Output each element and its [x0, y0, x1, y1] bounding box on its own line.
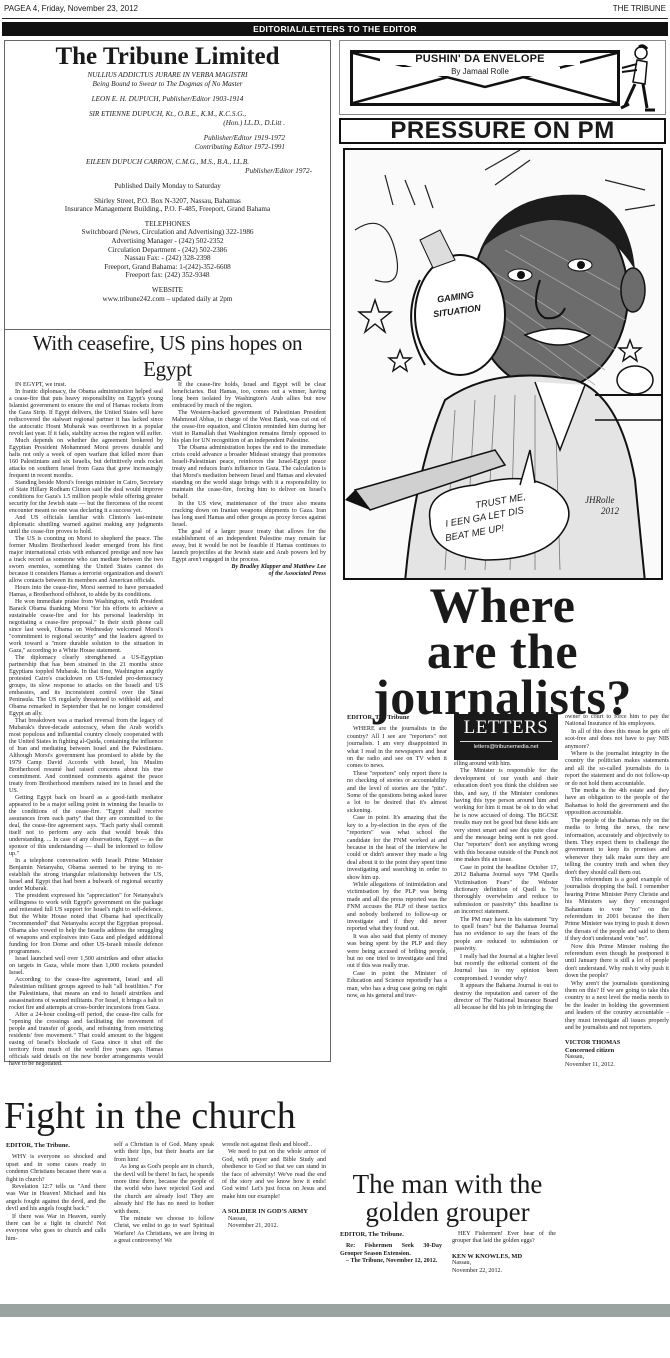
byline-authors: By Bradley Klapper and Matthew Lee	[172, 564, 326, 571]
paragraph: Case in point. It's amazing that the key…	[347, 815, 447, 882]
masthead-phone: Switchboard (News, Circulation and Adver…	[5, 228, 330, 237]
paragraph: Getting Egypt back on board as a good-fa…	[9, 795, 163, 858]
top-rule	[2, 18, 668, 19]
letter-column: EDITOR, The Tribune. WHY is everyone so …	[6, 1142, 106, 1243]
byline-agency: of the Associated Press	[172, 571, 326, 578]
headline-line: Where	[339, 582, 666, 628]
paragraph: The Obama administration hopes the end t…	[172, 445, 326, 501]
signer-name: KEN W KNOWLES, MD	[452, 1253, 556, 1260]
paragraph: The people of the Bahamas rely on the me…	[565, 818, 669, 877]
signer-place: Nassau,	[452, 1260, 556, 1267]
paragraph: Revelation 12:7 tells us "And there was …	[6, 1184, 106, 1214]
masthead-eileen-line2: Publisher/Editor 1972-	[5, 167, 330, 176]
paragraph: I really had the Journal at a higher lev…	[454, 954, 558, 984]
paragraph: Standing beside Morsi's foreign minister…	[9, 480, 163, 515]
letter-salutation: EDITOR, The Tribune.	[6, 1142, 106, 1149]
letter-column: self a Christian is of God. Many speak w…	[114, 1142, 214, 1246]
masthead-eileen-line1: EILEEN DUPUCH CARRON, C.M.G., M.S., B.A.…	[5, 158, 330, 167]
ceasefire-editorial: With ceasefire, US pins hopes on Egypt I…	[4, 330, 331, 1062]
paragraph: IN EGYPT, we trust.	[9, 382, 163, 389]
masthead-sir-role2: Contributing Editor 1972-1991	[5, 143, 330, 152]
signer-date: November 11, 2012.	[565, 1062, 669, 1069]
headline-line: The man with the	[340, 1170, 555, 1198]
paragraph: Case in point the headline October 17, 2…	[454, 865, 558, 917]
paragraph: If there was War in Heaven, surely there…	[6, 1214, 106, 1244]
paragraph: This referendum is a good example of jou…	[565, 877, 669, 944]
ceasefire-headline: With ceasefire, US pins hopes on Egypt	[9, 330, 326, 382]
paragraph: owner to court to force him to pay the N…	[565, 714, 669, 729]
page-folio: PAGEA 4, Friday, November 23, 2012 THE T…	[4, 4, 666, 16]
masthead-phone: Circulation Department - (242) 502-2386	[5, 246, 330, 255]
masthead-telephones-heading: TELEPHONES	[5, 220, 330, 229]
cartoon-illustration: GAMING SITUATION TRUST ME, I EEN GA LET …	[343, 148, 663, 580]
signer-name: A SOLDIER IN GOD'S ARMY	[222, 1208, 326, 1215]
letter-salutation: EDITOR, The Tribune.	[340, 1231, 442, 1238]
section-bar: EDITORIAL/LETTERS TO THE EDITOR	[2, 22, 668, 36]
headline-line: golden grouper	[340, 1198, 555, 1226]
paragraph: The goal of a larger peace treaty that a…	[172, 529, 326, 564]
masthead-motto-translation: Being Bound to Swear to The Dogmas of No…	[5, 80, 330, 89]
masthead-phone: Advertising Manager - (242) 502-2352	[5, 237, 330, 246]
masthead-website-heading: WEBSITE	[5, 286, 330, 295]
paragraph: The Minister is responsible for the deve…	[454, 768, 558, 864]
paragraph: It was also said that plenty of money wa…	[347, 934, 447, 971]
paragraph: We need to put on the whole armor of God…	[222, 1149, 326, 1201]
paragraph: In a telephone conversation with Israeli…	[9, 858, 163, 893]
journalists-headline: Where are the journalists?	[339, 582, 666, 720]
headline-line: are the	[339, 628, 666, 674]
signer-title: Concerned citizen	[565, 1047, 669, 1054]
paragraph: These "reporters" only report there is n…	[347, 771, 447, 815]
ceasefire-body: IN EGYPT, we trust. In frantic diplomacy…	[9, 382, 326, 1072]
paragraph: After a 24-hour cooling-off period, the …	[9, 1012, 163, 1068]
paragraph: The diplomacy clearly strengthened a US-…	[9, 655, 163, 718]
paragraph: He won immediate praise from Washington,…	[9, 599, 163, 655]
masthead-sir-line2: (Hon.) LL.D., D.Litt .	[5, 119, 330, 128]
masthead-phone: Freeport, Grand Bahama: 1-(242)-352-6608	[5, 263, 330, 272]
paragraph: WHY is everyone so shocked and upset and…	[6, 1154, 106, 1184]
masthead-sir-role1: Publisher/Editor 1919-1972	[5, 134, 330, 143]
letter-column: HEY Fishermen! Ever hear of the grouper …	[452, 1231, 556, 1275]
paragraph: The US is counting on Morsi to shepherd …	[9, 536, 163, 585]
paragraph: The president expressed his "appreciatio…	[9, 893, 163, 956]
cartoon-series-banner: PUSHIN' DA ENVELOPE By Jamaal Rolle	[339, 40, 666, 115]
bottom-color-bar	[0, 1304, 670, 1317]
grouper-headline: The man with the golden grouper	[340, 1170, 555, 1226]
letter-column: wrestle not against flesh and blood!.. W…	[222, 1142, 326, 1230]
signer-place: Nassau,	[222, 1216, 326, 1223]
paragraph: If the cease-fire holds, Israel and Egyp…	[172, 382, 326, 410]
masthead-phone: Nassau Fax: - (242) 328-2398	[5, 254, 330, 263]
masthead-founder: LEON E. H. DUPUCH, Publisher/Editor 1903…	[5, 95, 330, 104]
cartoon-year: 2012	[601, 506, 619, 516]
paragraph: It appears the Bahama Journal is out to …	[454, 983, 558, 1013]
letter-salutation: EDITOR, The Tribune	[347, 714, 447, 721]
letters-badge-divider	[460, 741, 552, 742]
letter-column: EDITOR, The Tribune WHERE are the journa…	[347, 714, 447, 1000]
paragraph: As long as God's people are in church, t…	[114, 1164, 214, 1216]
paragraph: In all of this does this mean he gets of…	[565, 729, 669, 751]
paragraph: In frantic diplomacy, the Obama administ…	[9, 389, 163, 438]
paragraph: Hours into the cease-fire, Morsi seemed …	[9, 585, 163, 599]
letter-column: LETTERS letters@tribunemedia.net elling …	[454, 714, 558, 1013]
paragraph: The PM may have in his statement "try to…	[454, 917, 558, 954]
pushing-man-icon	[619, 44, 659, 114]
church-headline: Fight in the church	[4, 1096, 334, 1136]
masthead-sir-line1: SIR ETIENNE DUPUCH, Kt., O.B.E., K.M., K…	[5, 110, 330, 119]
paragraph: And US officials familiar with Clinton's…	[9, 515, 163, 536]
folio-date: PAGEA 4, Friday, November 23, 2012	[4, 4, 138, 16]
signer-date: November 21, 2012.	[222, 1223, 326, 1230]
paragraph: The Western-backed government of Palesti…	[172, 410, 326, 445]
cartoon-series-byline: By Jamaal Rolle	[400, 67, 560, 76]
editorial-cartoon: PUSHIN' DA ENVELOPE By Jamaal Rolle PRES…	[339, 40, 666, 585]
paragraph: Case in point the Minister of Education …	[347, 971, 447, 1001]
letter-column: owner to court to force him to pay the N…	[565, 714, 669, 1069]
masthead-box: The Tribune Limited NULLIUS ADDICTUS JUR…	[4, 40, 331, 330]
masthead-phone: Freeport fax: (242) 352-9348	[5, 271, 330, 280]
journalists-letter: EDITOR, The Tribune WHERE are the journa…	[347, 714, 667, 1144]
masthead-title: The Tribune Limited	[5, 43, 330, 71]
masthead-motto: NULLIUS ADDICTUS JURARE IN VERBA MAGISTR…	[5, 71, 330, 80]
paragraph: The media is the 4th estate and they hav…	[565, 788, 669, 818]
paragraph: HEY Fishermen! Ever hear of the grouper …	[452, 1231, 556, 1246]
paragraph: Where is the journalist integrity in the…	[565, 751, 669, 788]
letter-column: EDITOR, The Tribune. Re: Fishermen Seek …	[340, 1231, 442, 1266]
folio-paper-name: THE TRIBUNE	[613, 4, 666, 16]
signer-date: November 22, 2012.	[452, 1268, 556, 1275]
masthead-published: Published Daily Monday to Saturday	[5, 182, 330, 191]
letters-badge-word: LETTERS	[454, 717, 558, 739]
paragraph: While allegations of intimidation and vi…	[347, 882, 447, 934]
paragraph: Why aren't the journalists questioning t…	[565, 981, 669, 1033]
letters-email-link[interactable]: letters@tribunemedia.net	[454, 744, 558, 751]
paragraph: That breakdown was a marked reversal fro…	[9, 718, 163, 795]
paragraph: The minute we choose to follow Christ, w…	[114, 1216, 214, 1246]
paragraph: self a Christian is of God. Many speak w…	[114, 1142, 214, 1164]
letter-reference: Re: Fishermen Seek 30-Day Grouper Season…	[340, 1243, 442, 1258]
paragraph: Much depends on whether the agreement br…	[9, 438, 163, 480]
paragraph: Israel launched well over 1,500 airstrik…	[9, 956, 163, 977]
paragraph: WHERE are the journalists in the country…	[347, 726, 447, 770]
cartoonist-signature: JHRolle	[585, 495, 615, 505]
paragraph: Now this Prime Minster rushing the refer…	[565, 944, 669, 981]
masthead-website: www.tribune242.com – updated daily at 2p…	[5, 295, 330, 304]
letter-reference-source: – The Tribune, November 12, 2012.	[340, 1258, 442, 1265]
paragraph: In the US view, maintenance of the truce…	[172, 501, 326, 529]
paragraph: According to the cease-fire agreement, I…	[9, 977, 163, 1012]
cartoon-headline: PRESSURE ON PM	[339, 118, 666, 144]
masthead-address2: Insurance Management Building., P.O. F-4…	[5, 205, 330, 214]
signer-name: VICTOR THOMAS	[565, 1039, 669, 1046]
cartoon-series-title: PUSHIN' DA ENVELOPE	[380, 53, 580, 65]
signer-place: Nassau,	[565, 1054, 669, 1061]
letters-badge: LETTERS letters@tribunemedia.net	[454, 714, 558, 760]
masthead-address1: Shirley Street, P.O. Box N-3207, Nassau,…	[5, 197, 330, 206]
